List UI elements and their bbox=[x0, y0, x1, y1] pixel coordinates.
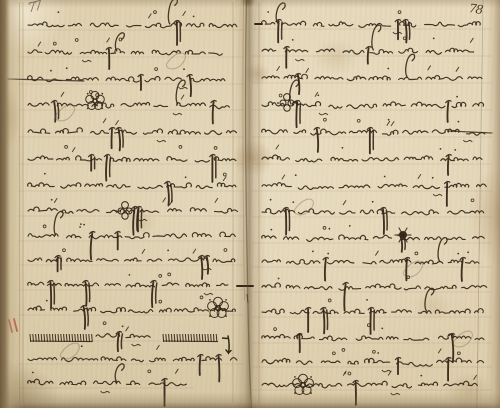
page-edge-line bbox=[246, 0, 252, 408]
diacritic-ring bbox=[333, 352, 336, 355]
diacritic-slash bbox=[176, 369, 179, 373]
flourish-stroke bbox=[54, 211, 63, 235]
diacritic-ring bbox=[373, 350, 376, 353]
correction-hatch bbox=[169, 334, 170, 342]
correction-hatch bbox=[208, 334, 209, 342]
diacritic-dot bbox=[292, 201, 294, 203]
script-stroke bbox=[225, 299, 227, 301]
stem-stroke bbox=[383, 209, 384, 234]
diacritic-slash bbox=[61, 92, 64, 96]
script-line bbox=[252, 25, 492, 68]
stem-stroke bbox=[219, 356, 220, 381]
stem-stroke bbox=[167, 183, 169, 206]
diacritic-ring bbox=[75, 39, 78, 42]
diacritic-dot bbox=[381, 328, 383, 330]
diacritic-dot bbox=[349, 225, 351, 227]
correction-hatch bbox=[163, 334, 164, 342]
correction-hatch bbox=[199, 334, 200, 342]
script-line bbox=[252, 324, 492, 362]
correction-baseline bbox=[163, 341, 218, 342]
stem-stroke bbox=[448, 156, 449, 175]
diacritic-slash bbox=[157, 345, 160, 349]
diacritic-slash bbox=[315, 92, 318, 96]
diacritic-slash bbox=[149, 14, 152, 18]
diacritic-dot bbox=[292, 39, 294, 41]
script-line bbox=[252, 371, 492, 405]
stem-stroke bbox=[300, 103, 301, 123]
script-stroke bbox=[115, 210, 117, 212]
diacritic-ring bbox=[224, 249, 227, 252]
correction-hatch bbox=[78, 334, 79, 342]
correction-hatch bbox=[202, 334, 203, 342]
correction-hatch bbox=[47, 334, 48, 342]
correction-hatch bbox=[55, 334, 56, 342]
script-text-body bbox=[28, 76, 225, 82]
diacritic-slash bbox=[282, 175, 285, 179]
correction-hatch bbox=[191, 334, 192, 342]
script-text-body bbox=[28, 49, 222, 55]
stem-stroke bbox=[190, 76, 191, 96]
script-text-body bbox=[28, 357, 237, 362]
correction-hatch bbox=[166, 334, 167, 342]
diacritic-slash bbox=[343, 201, 346, 205]
stem-stroke bbox=[119, 129, 121, 150]
correction-hatch bbox=[44, 334, 45, 342]
diacritic-dot bbox=[312, 251, 314, 253]
subscript-glyph bbox=[463, 140, 472, 142]
diacritic-slash bbox=[54, 199, 57, 203]
diacritic-slash bbox=[418, 175, 421, 179]
ornament-circle-cluster bbox=[277, 94, 297, 112]
diacritic-dot bbox=[83, 224, 85, 226]
script-text-body bbox=[28, 282, 228, 286]
diacritic-slash bbox=[306, 69, 309, 73]
diacritic-slash bbox=[388, 371, 391, 375]
diacritic-ring bbox=[63, 249, 66, 252]
pencil-flourish bbox=[60, 343, 79, 359]
script-stroke bbox=[101, 93, 103, 95]
stem-stroke bbox=[213, 102, 214, 123]
correction-hatch bbox=[89, 334, 90, 342]
diacritic-dot bbox=[467, 251, 469, 253]
script-stroke bbox=[225, 315, 227, 317]
correction-hatch bbox=[75, 334, 76, 342]
stem-stroke bbox=[317, 129, 318, 152]
script-text-body bbox=[262, 283, 487, 290]
script-stroke bbox=[310, 376, 312, 378]
diacritic-ring bbox=[65, 146, 68, 149]
script-text-body bbox=[262, 358, 484, 366]
diacritic-ring bbox=[53, 42, 56, 45]
diacritic-dot bbox=[167, 250, 169, 252]
diacritic-ring bbox=[279, 94, 282, 97]
stem-stroke bbox=[286, 209, 287, 235]
stem-stroke bbox=[386, 210, 387, 230]
stem-stroke bbox=[152, 282, 153, 307]
script-line bbox=[252, 199, 492, 235]
diacritic-dot bbox=[420, 375, 422, 377]
diacritic-ring bbox=[119, 38, 122, 41]
correction-hatch bbox=[188, 334, 189, 342]
stem-stroke bbox=[54, 283, 55, 304]
pencil-flourish bbox=[453, 331, 472, 347]
script-line bbox=[18, 80, 244, 123]
diacritic-slash bbox=[474, 375, 477, 379]
correction-hatch bbox=[69, 334, 70, 342]
diacritic-dot bbox=[183, 68, 185, 70]
subscript-glyph bbox=[204, 293, 213, 295]
script-line bbox=[252, 225, 492, 252]
ink-blot bbox=[395, 228, 412, 243]
diacritic-ring bbox=[342, 349, 345, 352]
script-text-body bbox=[28, 232, 235, 239]
script-line bbox=[18, 364, 194, 406]
correction-hatch bbox=[194, 334, 195, 342]
correction-hatch bbox=[183, 334, 184, 342]
manuscript-script-art bbox=[0, 0, 500, 408]
subscript-glyph bbox=[101, 391, 110, 393]
subscript-glyph bbox=[202, 268, 211, 270]
correction-hatch bbox=[41, 334, 42, 342]
stem-stroke bbox=[85, 282, 86, 305]
diacritic-dot bbox=[50, 70, 52, 72]
correction-hatch bbox=[30, 334, 31, 342]
stem-stroke bbox=[87, 308, 88, 326]
correction-hatch bbox=[205, 334, 206, 342]
diacritic-dot bbox=[372, 201, 374, 203]
correction-hatch bbox=[33, 334, 34, 342]
stem-stroke bbox=[122, 130, 123, 147]
script-text-body bbox=[28, 183, 236, 189]
page-edge-line bbox=[243, 0, 245, 300]
stem-stroke bbox=[89, 283, 90, 302]
pencil-flourish bbox=[166, 53, 185, 69]
correction-hatch bbox=[174, 334, 175, 342]
diacritic-dot bbox=[79, 226, 81, 228]
script-text-body bbox=[262, 259, 479, 264]
diacritic-ring bbox=[357, 119, 360, 122]
diacritic-dot bbox=[58, 11, 60, 13]
script-text-body bbox=[262, 235, 484, 241]
diacritic-ring bbox=[274, 328, 277, 331]
script-stroke bbox=[133, 210, 135, 212]
diacritic-ring bbox=[155, 68, 158, 71]
script-line bbox=[18, 345, 244, 381]
diacritic-dot bbox=[46, 300, 48, 302]
script-text-body bbox=[28, 156, 236, 162]
diacritic-dot bbox=[66, 67, 68, 69]
correction-hatch bbox=[64, 334, 65, 342]
diacritic-ring bbox=[154, 11, 157, 14]
stem-stroke bbox=[323, 309, 324, 333]
diacritic-dot bbox=[457, 253, 459, 255]
script-stroke bbox=[101, 107, 103, 109]
subscript-glyph bbox=[82, 60, 91, 62]
diacritic-dot bbox=[387, 68, 389, 70]
diacritic-ring bbox=[214, 147, 217, 150]
script-stroke bbox=[310, 392, 312, 394]
stem-stroke bbox=[156, 283, 157, 303]
flourish-stroke bbox=[406, 54, 415, 77]
diacritic-slash bbox=[183, 12, 186, 16]
stem-stroke bbox=[452, 335, 454, 362]
diacritic-slash bbox=[387, 121, 390, 125]
script-text-body bbox=[28, 128, 237, 135]
diacritic-dot bbox=[51, 199, 53, 201]
subscript-glyph bbox=[295, 59, 304, 61]
diacritic-dot bbox=[267, 11, 269, 13]
script-line bbox=[18, 146, 244, 182]
script-stroke bbox=[277, 102, 279, 104]
script-stroke bbox=[209, 299, 211, 301]
diacritic-dot bbox=[122, 325, 124, 327]
correction-dash bbox=[222, 338, 228, 339]
stem-stroke bbox=[447, 102, 448, 122]
script-stroke bbox=[209, 315, 211, 317]
diacritic-slash bbox=[72, 148, 75, 152]
stem-stroke bbox=[344, 284, 345, 311]
diacritic-slash bbox=[276, 145, 279, 149]
script-stroke bbox=[87, 93, 89, 95]
diacritic-dot bbox=[278, 278, 280, 280]
script-line bbox=[18, 249, 244, 279]
stem-stroke bbox=[368, 48, 369, 64]
diacritic-dot bbox=[454, 149, 456, 151]
correction-hatch bbox=[92, 334, 93, 342]
correction-hatch bbox=[52, 334, 53, 342]
correction-hatch bbox=[177, 334, 178, 342]
diacritic-dot bbox=[80, 223, 82, 225]
correction-hatch bbox=[83, 334, 84, 342]
diacritic-ring bbox=[323, 227, 326, 230]
red-margin-mark bbox=[9, 319, 17, 332]
script-stroke bbox=[14, 319, 17, 331]
subscript-glyph bbox=[173, 113, 182, 115]
script-text-body bbox=[262, 21, 481, 28]
diacritic-slash bbox=[376, 251, 379, 255]
script-line bbox=[18, 0, 244, 45]
diacritic-ring bbox=[348, 372, 351, 375]
stem-stroke bbox=[299, 335, 300, 352]
diacritic-dot bbox=[329, 228, 331, 230]
script-line bbox=[18, 211, 244, 259]
diacritic-dot bbox=[388, 119, 390, 121]
diacritic-ring bbox=[223, 173, 226, 176]
correction-hatch bbox=[61, 334, 62, 342]
script-line bbox=[18, 198, 244, 235]
script-stroke bbox=[87, 107, 89, 109]
correction-hatch bbox=[38, 334, 39, 342]
diacritic-slash bbox=[391, 122, 394, 126]
diacritic-dot bbox=[327, 253, 329, 255]
diacritic-dot bbox=[342, 147, 344, 149]
subscript-glyph bbox=[157, 140, 166, 142]
diacritic-ring bbox=[398, 11, 401, 14]
diacritic-dot bbox=[317, 94, 319, 96]
diacritic-ring bbox=[328, 299, 331, 302]
diacritic-slash bbox=[181, 95, 184, 99]
correction-hatch bbox=[72, 334, 73, 342]
diacritic-slash bbox=[193, 249, 196, 253]
stem-stroke bbox=[118, 333, 119, 351]
diacritic-ring bbox=[200, 296, 203, 299]
stem-stroke bbox=[171, 184, 172, 202]
stem-stroke bbox=[84, 307, 86, 329]
stem-stroke bbox=[106, 156, 107, 181]
diacritic-dot bbox=[32, 372, 34, 374]
subscript-glyph bbox=[433, 194, 442, 196]
correction-hatch bbox=[211, 334, 212, 342]
diacritic-slash bbox=[142, 249, 145, 253]
stem-stroke bbox=[110, 157, 111, 177]
diacritic-slash bbox=[215, 198, 218, 202]
script-line bbox=[86, 322, 166, 351]
diacritic-slash bbox=[439, 349, 442, 353]
diacritic-dot bbox=[271, 229, 273, 231]
stem-stroke bbox=[327, 310, 328, 329]
diacritic-dot bbox=[193, 16, 195, 18]
diacritic-ring bbox=[43, 225, 46, 228]
stem-stroke bbox=[91, 233, 93, 259]
diacritic-dot bbox=[81, 345, 83, 347]
diacritic-slash bbox=[103, 119, 106, 123]
script-line bbox=[18, 33, 244, 69]
flourish-stroke bbox=[438, 238, 447, 261]
flourish-stroke bbox=[115, 364, 124, 382]
stem-stroke bbox=[50, 282, 51, 308]
diacritic-slash bbox=[277, 67, 280, 71]
diacritic-slash bbox=[163, 198, 166, 202]
diacritic-dot bbox=[295, 174, 297, 176]
margin-rule bbox=[477, 0, 483, 408]
diacritic-ring bbox=[415, 252, 418, 255]
diacritic-ring bbox=[179, 146, 182, 149]
correction-hatch bbox=[180, 334, 181, 342]
script-line bbox=[252, 54, 492, 94]
correction-hatch bbox=[213, 334, 214, 342]
script-stroke bbox=[294, 376, 296, 378]
diacritic-ring bbox=[367, 324, 370, 327]
diacritic-ring bbox=[403, 37, 406, 40]
diacritic-ring bbox=[458, 352, 461, 355]
script-line bbox=[252, 288, 492, 334]
subscript-glyph bbox=[132, 344, 141, 346]
script-text-body bbox=[28, 258, 235, 263]
pencil-flourish bbox=[294, 199, 313, 215]
diacritic-slash bbox=[223, 177, 226, 181]
subscript-glyph bbox=[382, 370, 391, 372]
correction-hatch bbox=[185, 334, 186, 342]
stem-stroke bbox=[141, 209, 142, 228]
stem-stroke bbox=[462, 259, 463, 281]
diacritic-dot bbox=[270, 199, 272, 201]
diacritic-dot bbox=[440, 148, 442, 150]
diacritic-dot bbox=[44, 173, 46, 175]
diacritic-slash bbox=[38, 42, 41, 46]
subscript-glyph bbox=[138, 219, 147, 221]
diacritic-ring bbox=[324, 118, 327, 121]
script-line bbox=[18, 67, 244, 96]
diacritic-dot bbox=[458, 121, 460, 123]
diacritic-dot bbox=[129, 274, 131, 276]
diacritic-dot bbox=[384, 176, 386, 178]
correction-hatch bbox=[58, 334, 59, 342]
correction-hatch bbox=[66, 334, 67, 342]
script-line bbox=[252, 238, 492, 281]
stem-stroke bbox=[409, 22, 410, 39]
diacritic-slash bbox=[126, 327, 129, 331]
diacritic-slash bbox=[471, 38, 474, 42]
correction-hatch bbox=[216, 334, 217, 342]
manuscript-photo: 77 78 bbox=[0, 0, 500, 408]
diacritic-dot bbox=[366, 299, 368, 301]
correction-hatch bbox=[171, 334, 172, 342]
stem-stroke bbox=[296, 102, 297, 127]
script-line bbox=[18, 119, 244, 151]
diacritic-ring bbox=[471, 199, 474, 202]
diacritic-dot bbox=[185, 176, 187, 178]
script-text-body bbox=[28, 22, 237, 28]
script-line bbox=[252, 349, 492, 381]
correction-hatch bbox=[36, 334, 37, 342]
diacritic-slash bbox=[116, 121, 119, 125]
script-line bbox=[252, 174, 492, 206]
diacritic-dot bbox=[432, 177, 434, 179]
script-stroke bbox=[122, 202, 129, 209]
stem-stroke bbox=[58, 103, 59, 119]
correction-hatch bbox=[50, 334, 51, 342]
diacritic-dot bbox=[433, 38, 435, 40]
correction-hatch bbox=[197, 334, 198, 342]
script-stroke bbox=[9, 320, 12, 332]
correction-hatch bbox=[86, 334, 87, 342]
diacritic-slash bbox=[107, 38, 110, 42]
diacritic-slash bbox=[456, 67, 459, 71]
diacritic-dot bbox=[456, 96, 458, 98]
script-line bbox=[252, 145, 492, 175]
diacritic-dot bbox=[377, 352, 379, 354]
stem-stroke bbox=[133, 208, 134, 235]
stem-stroke bbox=[325, 259, 326, 281]
script-text-body bbox=[28, 306, 235, 313]
ornament-rosette bbox=[86, 91, 105, 109]
stem-stroke bbox=[200, 356, 201, 375]
diacritic-ring bbox=[159, 300, 162, 303]
script-stroke bbox=[295, 102, 297, 104]
diacritic-ring bbox=[168, 273, 171, 276]
script-line bbox=[252, 118, 492, 153]
subscript-glyph bbox=[319, 113, 328, 115]
diacritic-ring bbox=[159, 275, 162, 278]
script-line bbox=[18, 273, 244, 308]
diacritic-ring bbox=[103, 322, 106, 325]
script-text-body bbox=[262, 183, 486, 190]
script-text-body bbox=[262, 309, 483, 314]
stem-stroke bbox=[201, 257, 202, 279]
diacritic-ring bbox=[148, 370, 151, 373]
subscript-glyph bbox=[179, 87, 188, 89]
script-stroke bbox=[294, 392, 296, 394]
script-line bbox=[252, 276, 492, 311]
diacritic-slash bbox=[428, 66, 431, 70]
subscript-glyph bbox=[391, 393, 400, 395]
correction-hatch bbox=[80, 334, 81, 342]
